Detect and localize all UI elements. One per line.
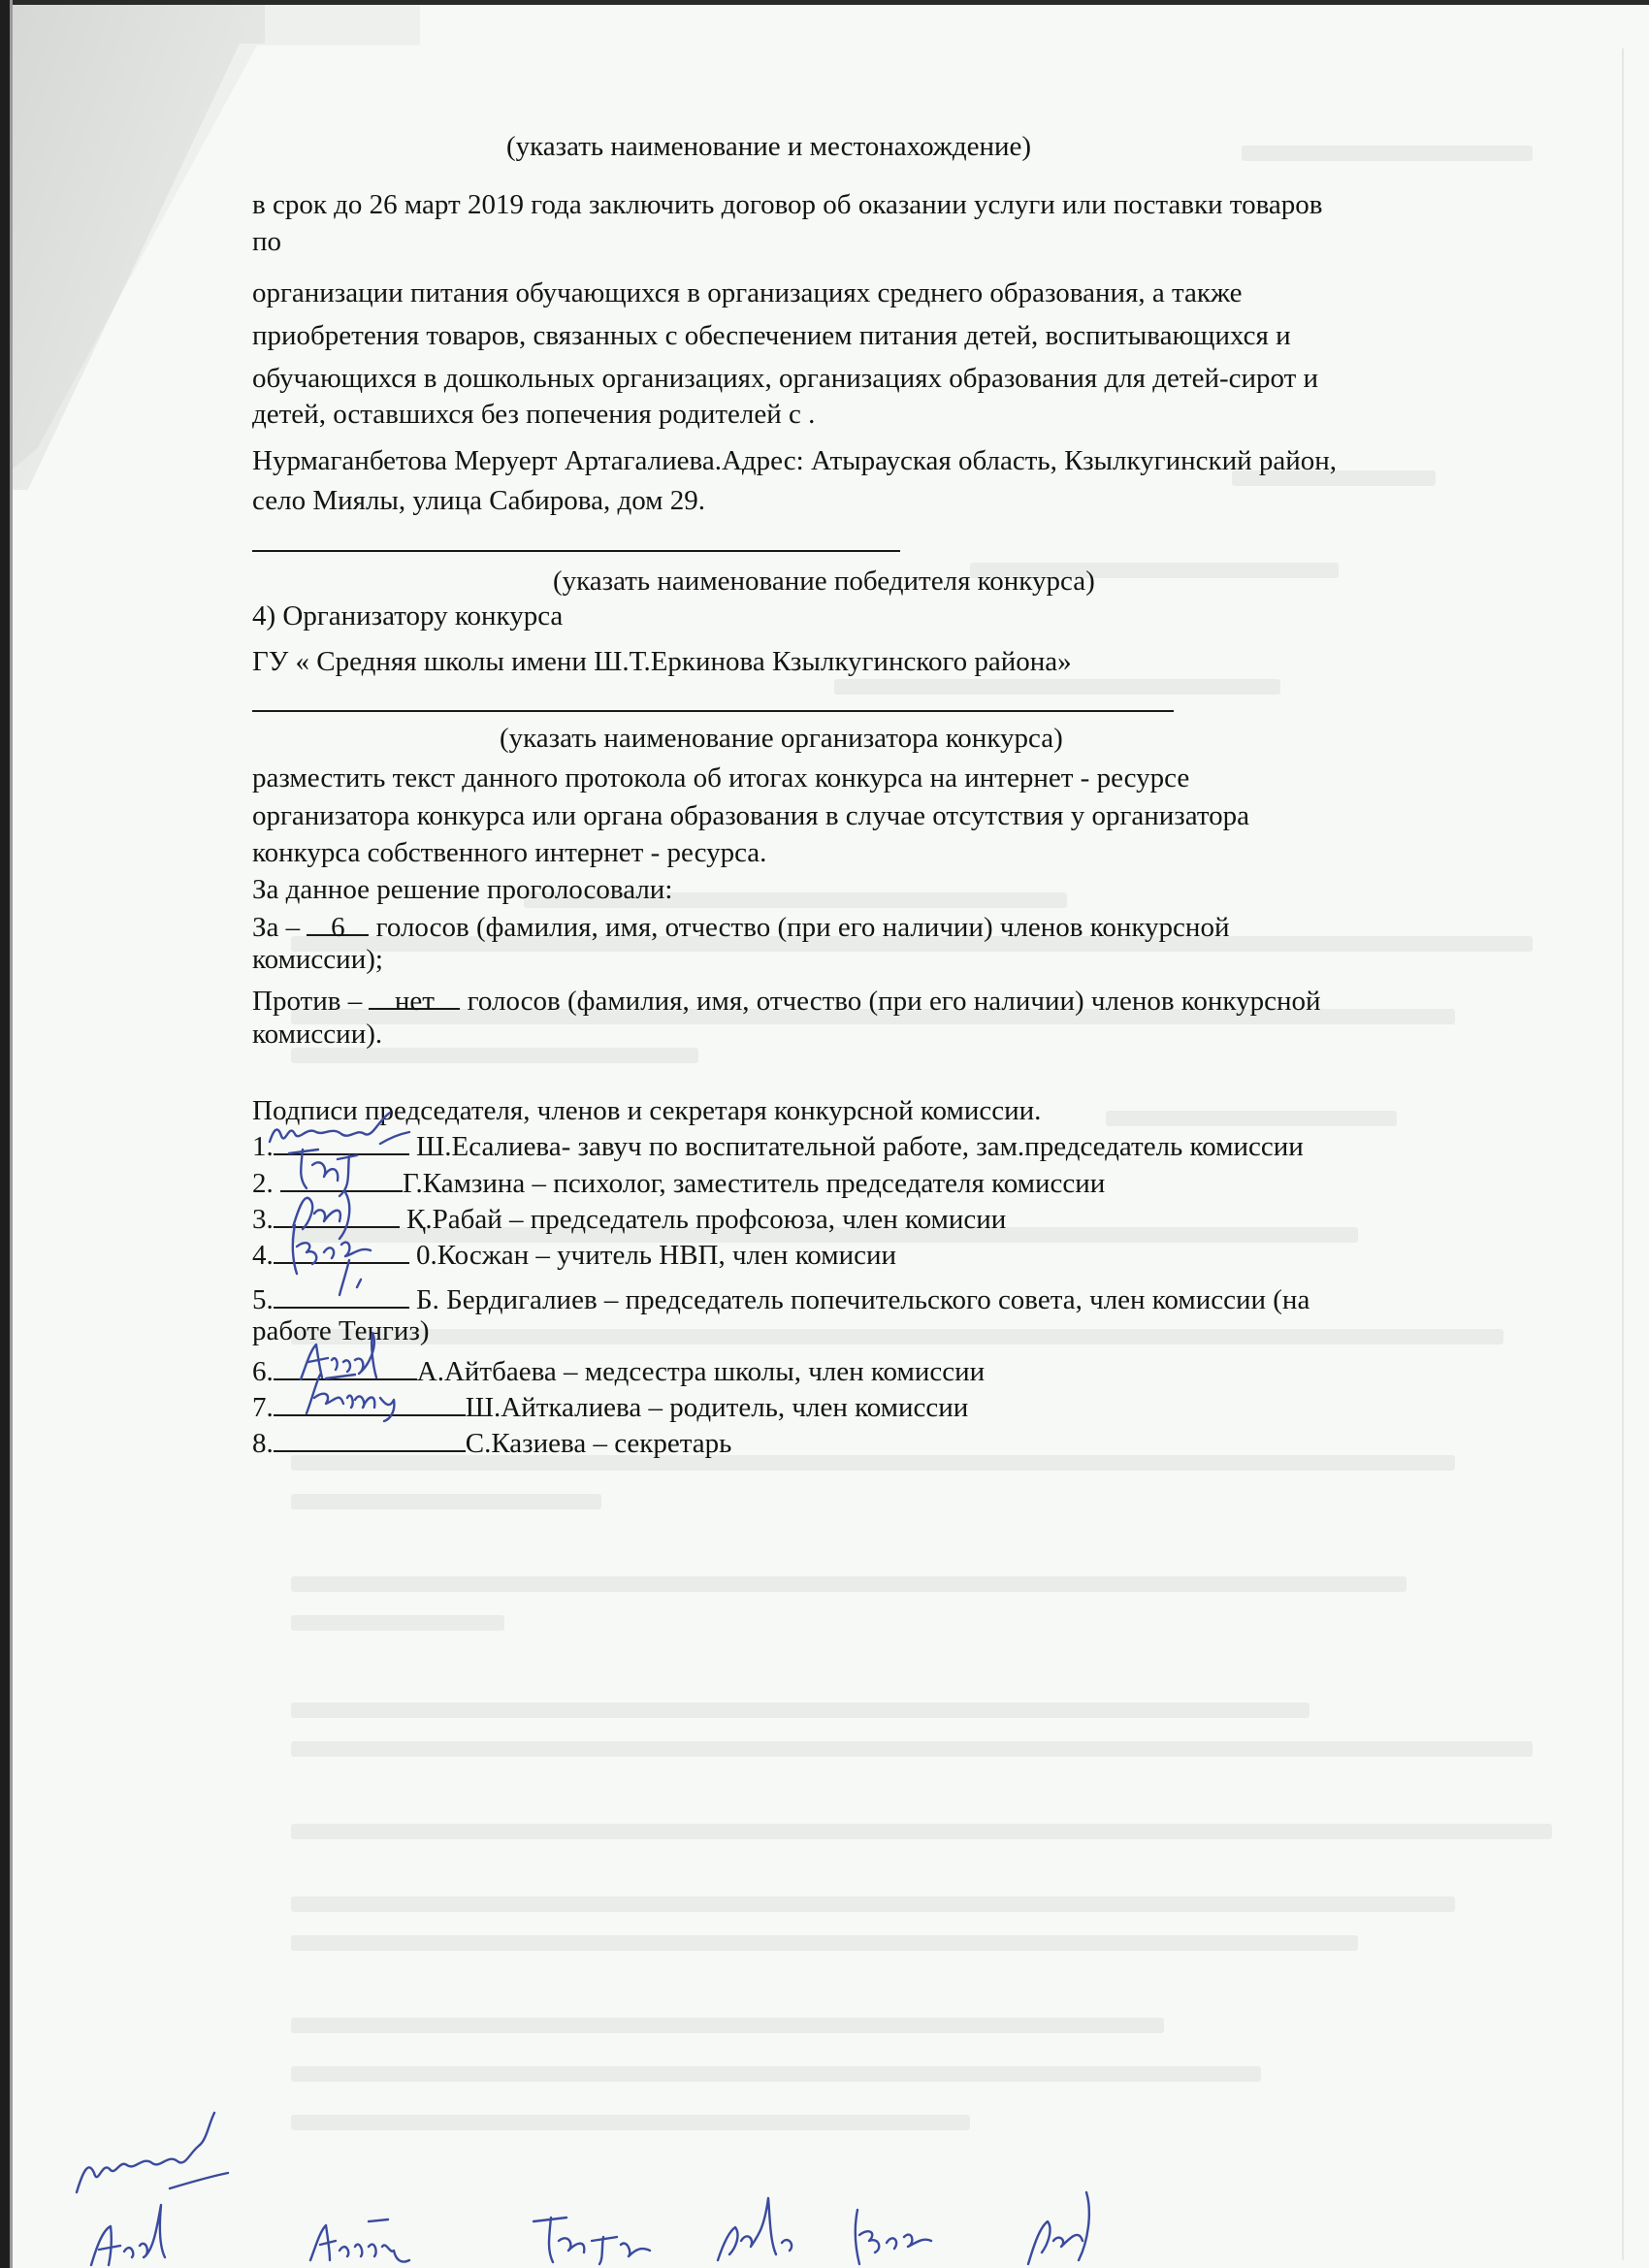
- vote-for-line: За – 6 голосов (фамилия, имя, отчество (…: [252, 909, 1229, 946]
- vote-for-wrap: комиссии);: [252, 941, 383, 978]
- signature-bottom-chair: [63, 2105, 286, 2207]
- signatory-text: Ш.Есалиева- завуч по воспитательной рабо…: [409, 1131, 1304, 1162]
- section4-title: 4) Организатору конкурса: [252, 598, 563, 634]
- paragraph-line-4: детей, оставшихся без попечения родителе…: [252, 396, 815, 433]
- scan-border-top: [0, 0, 1649, 5]
- signatory-number: 2.: [252, 1168, 280, 1199]
- signatory-text: Қ.Рабай – председатель профсоюза, член к…: [400, 1204, 1007, 1235]
- vote-for-prefix: За –: [252, 912, 307, 943]
- paragraph-line-3: обучающихся в дошкольных организациях, о…: [252, 360, 1318, 397]
- winner-line-1: Нурмаганбетова Меруерт Артагалиева.Адрес…: [252, 442, 1337, 479]
- deadline-line: в срок до 26 март 2019 года заключить до…: [252, 186, 1322, 223]
- signatory-text: А.Айтбаева – медсестра школы, член комис…: [417, 1356, 985, 1387]
- winner-underline: [252, 550, 900, 552]
- signatory-text: 0.Косжан – учитель НВП, член комисии: [409, 1240, 896, 1271]
- hint-location: (указать наименование и местонахождение): [506, 128, 1031, 165]
- signatory-8: 8.С.Казиева – секретарь: [252, 1425, 731, 1462]
- organizer-name: ГУ « Средняя школы имени Ш.Т.Еркинова Кз…: [252, 643, 1072, 680]
- organizer-underline: [252, 710, 1174, 712]
- signatory-number: 8.: [252, 1428, 274, 1459]
- vote-for-suffix: голосов (фамилия, имя, отчество (при его…: [369, 912, 1229, 943]
- scan-border-left-edge: [10, 0, 13, 2268]
- winner-line-2: село Миялы, улица Сабирова, дом 29.: [252, 482, 705, 519]
- deadline-line-wrap: по: [252, 223, 281, 260]
- publish-line-3: конкурса собственного интернет - ресурса…: [252, 834, 766, 871]
- publish-line-1: разместить текст данного протокола об ит…: [252, 760, 1189, 796]
- signature-aitkalieva: [297, 1365, 423, 1428]
- signatory-text: Г.Камзина – психолог, заместитель предсе…: [403, 1168, 1105, 1199]
- signatory-number: 5.: [252, 1284, 274, 1315]
- vote-against-value: нет: [369, 983, 460, 1010]
- signature-line: [274, 1425, 466, 1452]
- vote-against-prefix: Против –: [252, 986, 369, 1017]
- signature-koszhan: [281, 1217, 398, 1310]
- signature-bottom-6: [1018, 2183, 1125, 2268]
- signatory-number: 3.: [252, 1204, 274, 1235]
- hint-winner: (указать наименование победителя конкурс…: [553, 563, 1095, 599]
- signatory-number: 6.: [252, 1356, 274, 1387]
- signature-bottom-3: [524, 2202, 669, 2268]
- signature-bottom-5: [844, 2202, 951, 2268]
- hint-organizer: (указать наименование организатора конку…: [500, 720, 1063, 757]
- signature-bottom-1: [78, 2197, 204, 2268]
- signatory-text: Б. Бердигалиев – председатель попечитель…: [409, 1284, 1310, 1315]
- signatory-number: 4.: [252, 1240, 274, 1271]
- vote-heading: За данное решение проголосовали:: [252, 871, 672, 908]
- vote-against-wrap: комиссии).: [252, 1016, 382, 1053]
- scan-border-left: [0, 0, 10, 2268]
- signatory-text: С.Казиева – секретарь: [466, 1428, 732, 1459]
- signatory-number: 7.: [252, 1392, 274, 1423]
- publish-line-2: организатора конкурса или органа образов…: [252, 797, 1249, 834]
- paragraph-line-1: организации питания обучающихся в органи…: [252, 275, 1243, 311]
- vote-against-line: Против – нет голосов (фамилия, имя, отче…: [252, 983, 1321, 1020]
- page-edge-right: [1622, 49, 1624, 2260]
- paragraph-line-2: приобретения товаров, связанных с обеспе…: [252, 317, 1291, 354]
- vote-for-value: 6: [307, 909, 369, 936]
- signature-bottom-2: [301, 2202, 446, 2268]
- signatory-text: Ш.Айткалиева – родитель, член комиссии: [466, 1392, 969, 1423]
- vote-against-suffix: голосов (фамилия, имя, отчество (при его…: [460, 986, 1320, 1017]
- signature-bottom-4: [708, 2192, 824, 2268]
